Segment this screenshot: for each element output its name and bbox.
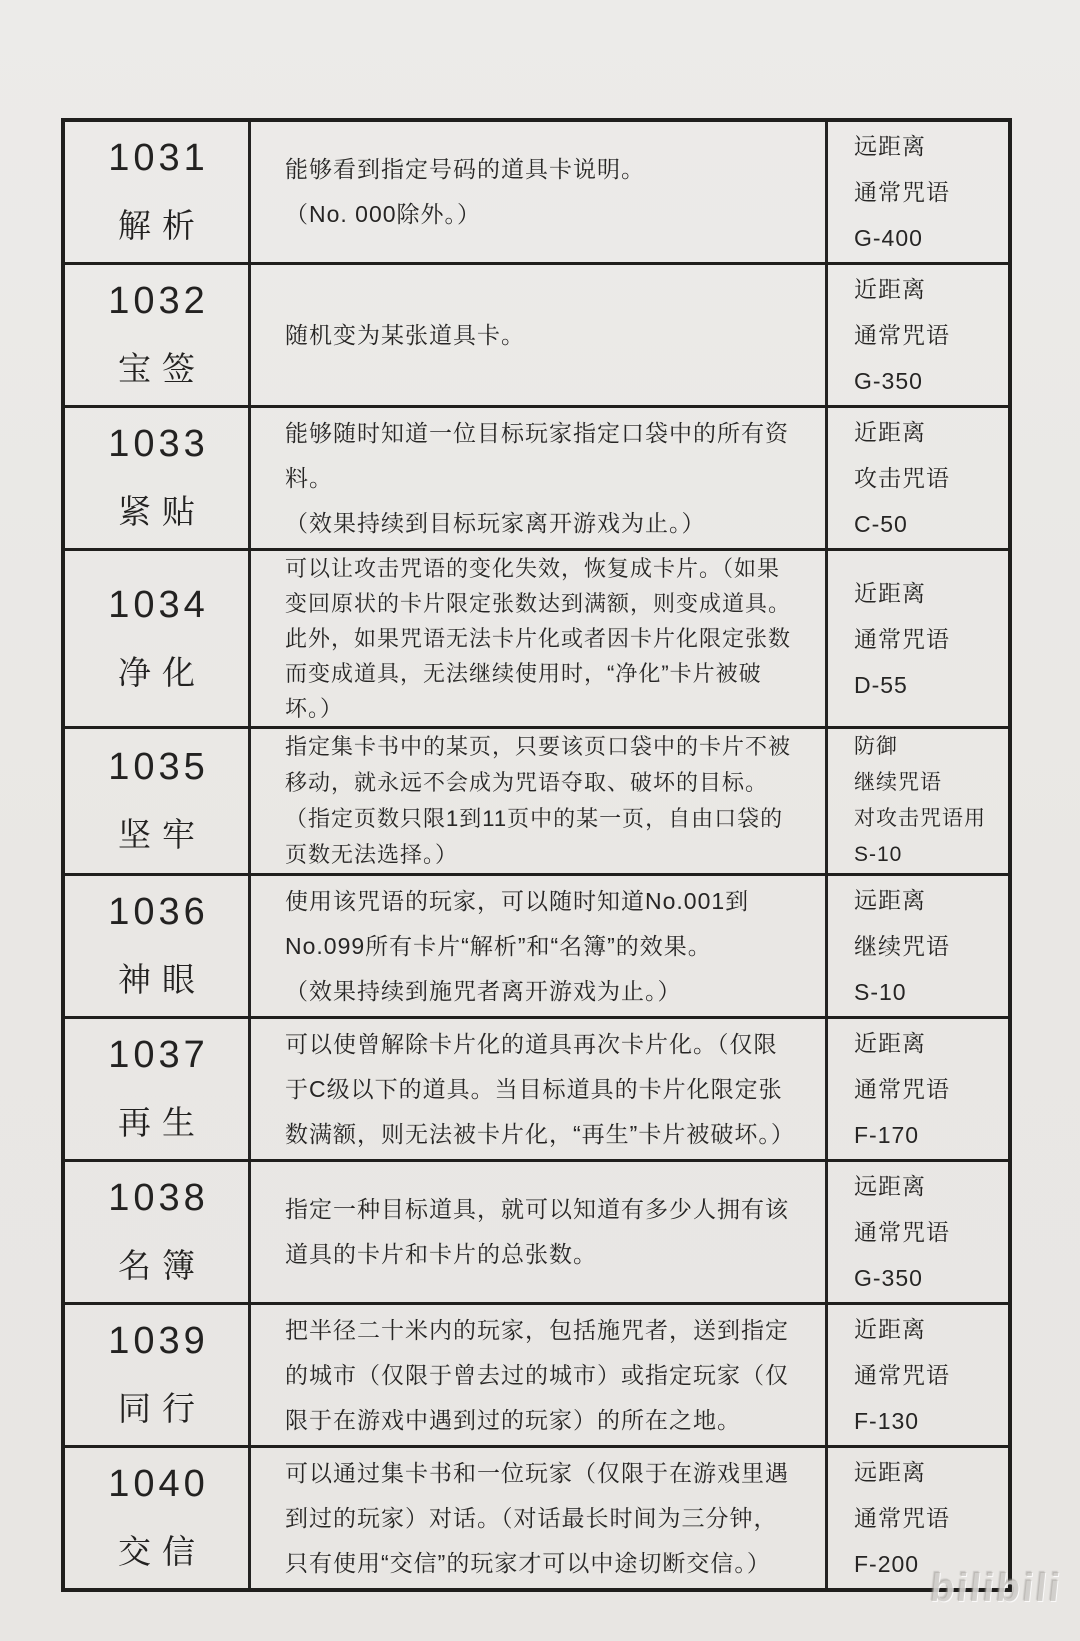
card-attributes-cell: 防御 继续咒语 对攻击咒语用 S-10 <box>828 729 1008 873</box>
card-name: 名簿 <box>107 1240 206 1287</box>
table-row: 1032 宝签 随机变为某张道具卡。 近距离 通常咒语 G-350 <box>65 262 1008 405</box>
card-name: 宝签 <box>107 343 206 390</box>
card-attributes: 远距离 通常咒语 G-350 <box>854 1163 950 1301</box>
table-row: 1034 净化 可以让攻击咒语的变化失效，恢复成卡片。（如果变回原状的卡片限定张… <box>65 548 1008 726</box>
card-description: 指定一种目标道具，就可以知道有多少人拥有该道具的卡片和卡片的总张数。 <box>285 1187 801 1277</box>
card-attributes: 近距离 攻击咒语 C-50 <box>854 409 950 547</box>
card-id-cell: 1038 名簿 <box>65 1162 251 1302</box>
card-attributes-cell: 近距离 通常咒语 F-130 <box>828 1305 1008 1445</box>
spell-card-table: 1031 解析 能够看到指定号码的道具卡说明。 （No. 000除外。） 远距离… <box>61 118 1012 1592</box>
card-id-cell: 1036 神眼 <box>65 876 251 1016</box>
card-id-cell: 1037 再生 <box>65 1019 251 1159</box>
card-name: 交信 <box>107 1526 206 1573</box>
card-attributes-cell: 远距离 通常咒语 G-350 <box>828 1162 1008 1302</box>
card-description: 指定集卡书中的某页，只要该页口袋中的卡片不被移动，就永远不会成为咒语夺取、破坏的… <box>285 729 801 873</box>
card-description: 能够随时知道一位目标玩家指定口袋中的所有资料。 （效果持续到目标玩家离开游戏为止… <box>285 411 801 546</box>
table-row: 1033 紧贴 能够随时知道一位目标玩家指定口袋中的所有资料。 （效果持续到目标… <box>65 405 1008 548</box>
card-description-cell: 能够看到指定号码的道具卡说明。 （No. 000除外。） <box>251 122 828 262</box>
card-number: 1035 <box>104 746 209 789</box>
table-row: 1039 同行 把半径二十米内的玩家，包括施咒者，送到指定的城市（仅限于曾去过的… <box>65 1302 1008 1445</box>
card-description-cell: 可以通过集卡书和一位玩家（仅限于在游戏里遇到过的玩家）对话。（对话最长时间为三分… <box>251 1448 828 1588</box>
card-id-cell: 1031 解析 <box>65 122 251 262</box>
card-description: 使用该咒语的玩家，可以随时知道No.001到No.099所有卡片“解析”和“名簿… <box>285 879 801 1014</box>
card-number: 1037 <box>104 1034 209 1077</box>
table-row: 1037 再生 可以使曾解除卡片化的道具再次卡片化。（仅限于C级以下的道具。当目… <box>65 1016 1008 1159</box>
table-row: 1038 名簿 指定一种目标道具，就可以知道有多少人拥有该道具的卡片和卡片的总张… <box>65 1159 1008 1302</box>
card-attributes-cell: 近距离 通常咒语 G-350 <box>828 265 1008 405</box>
card-name: 坚牢 <box>107 809 206 856</box>
card-description-cell: 把半径二十米内的玩家，包括施咒者，送到指定的城市（仅限于曾去过的城市）或指定玩家… <box>251 1305 828 1445</box>
card-name: 再生 <box>107 1097 206 1144</box>
card-name: 紧贴 <box>107 486 206 533</box>
card-number: 1033 <box>104 423 209 466</box>
table-row: 1031 解析 能够看到指定号码的道具卡说明。 （No. 000除外。） 远距离… <box>65 122 1008 262</box>
card-description-cell: 指定一种目标道具，就可以知道有多少人拥有该道具的卡片和卡片的总张数。 <box>251 1162 828 1302</box>
card-id-cell: 1033 紧贴 <box>65 408 251 548</box>
card-number: 1034 <box>104 584 209 627</box>
card-id-cell: 1035 坚牢 <box>65 729 251 873</box>
card-name: 解析 <box>107 200 206 247</box>
card-number: 1038 <box>104 1177 209 1220</box>
card-attributes: 防御 继续咒语 对攻击咒语用 S-10 <box>854 729 986 873</box>
card-description: 能够看到指定号码的道具卡说明。 （No. 000除外。） <box>285 147 645 237</box>
table-row: 1036 神眼 使用该咒语的玩家，可以随时知道No.001到No.099所有卡片… <box>65 873 1008 1016</box>
card-description: 可以通过集卡书和一位玩家（仅限于在游戏里遇到过的玩家）对话。（对话最长时间为三分… <box>285 1451 801 1586</box>
bilibili-watermark: bilibili <box>928 1566 1064 1611</box>
card-attributes: 近距离 通常咒语 F-130 <box>854 1306 950 1444</box>
card-attributes-cell: 近距离 攻击咒语 C-50 <box>828 408 1008 548</box>
card-name: 神眼 <box>107 954 206 1001</box>
card-attributes-cell: 远距离 继续咒语 S-10 <box>828 876 1008 1016</box>
card-attributes-cell: 近距离 通常咒语 D-55 <box>828 551 1008 726</box>
card-name: 同行 <box>107 1383 206 1430</box>
card-description-cell: 可以让攻击咒语的变化失效，恢复成卡片。（如果变回原状的卡片限定张数达到满额，则变… <box>251 551 828 726</box>
card-id-cell: 1034 净化 <box>65 551 251 726</box>
card-attributes: 近距离 通常咒语 F-170 <box>854 1020 950 1158</box>
card-description-cell: 随机变为某张道具卡。 <box>251 265 828 405</box>
card-number: 1032 <box>104 280 209 323</box>
card-id-cell: 1040 交信 <box>65 1448 251 1588</box>
card-number: 1036 <box>104 891 209 934</box>
card-description-cell: 指定集卡书中的某页，只要该页口袋中的卡片不被移动，就永远不会成为咒语夺取、破坏的… <box>251 729 828 873</box>
card-attributes: 远距离 通常咒语 G-400 <box>854 123 950 261</box>
card-description-cell: 使用该咒语的玩家，可以随时知道No.001到No.099所有卡片“解析”和“名簿… <box>251 876 828 1016</box>
card-description: 可以使曾解除卡片化的道具再次卡片化。（仅限于C级以下的道具。当目标道具的卡片化限… <box>285 1022 801 1157</box>
card-description: 可以让攻击咒语的变化失效，恢复成卡片。（如果变回原状的卡片限定张数达到满额，则变… <box>285 551 801 726</box>
card-description: 随机变为某张道具卡。 <box>285 313 525 358</box>
table-row: 1040 交信 可以通过集卡书和一位玩家（仅限于在游戏里遇到过的玩家）对话。（对… <box>65 1445 1008 1588</box>
card-id-cell: 1032 宝签 <box>65 265 251 405</box>
card-id-cell: 1039 同行 <box>65 1305 251 1445</box>
card-attributes-cell: 近距离 通常咒语 F-170 <box>828 1019 1008 1159</box>
card-attributes: 近距离 通常咒语 D-55 <box>854 570 950 708</box>
card-description: 把半径二十米内的玩家，包括施咒者，送到指定的城市（仅限于曾去过的城市）或指定玩家… <box>285 1308 801 1443</box>
card-number: 1039 <box>104 1320 209 1363</box>
card-attributes: 近距离 通常咒语 G-350 <box>854 266 950 404</box>
card-description-cell: 能够随时知道一位目标玩家指定口袋中的所有资料。 （效果持续到目标玩家离开游戏为止… <box>251 408 828 548</box>
card-number: 1031 <box>104 137 209 180</box>
card-description-cell: 可以使曾解除卡片化的道具再次卡片化。（仅限于C级以下的道具。当目标道具的卡片化限… <box>251 1019 828 1159</box>
card-name: 净化 <box>107 647 206 694</box>
card-attributes: 远距离 继续咒语 S-10 <box>854 877 950 1015</box>
table-row: 1035 坚牢 指定集卡书中的某页，只要该页口袋中的卡片不被移动，就永远不会成为… <box>65 726 1008 873</box>
card-attributes-cell: 远距离 通常咒语 G-400 <box>828 122 1008 262</box>
card-number: 1040 <box>104 1463 209 1506</box>
